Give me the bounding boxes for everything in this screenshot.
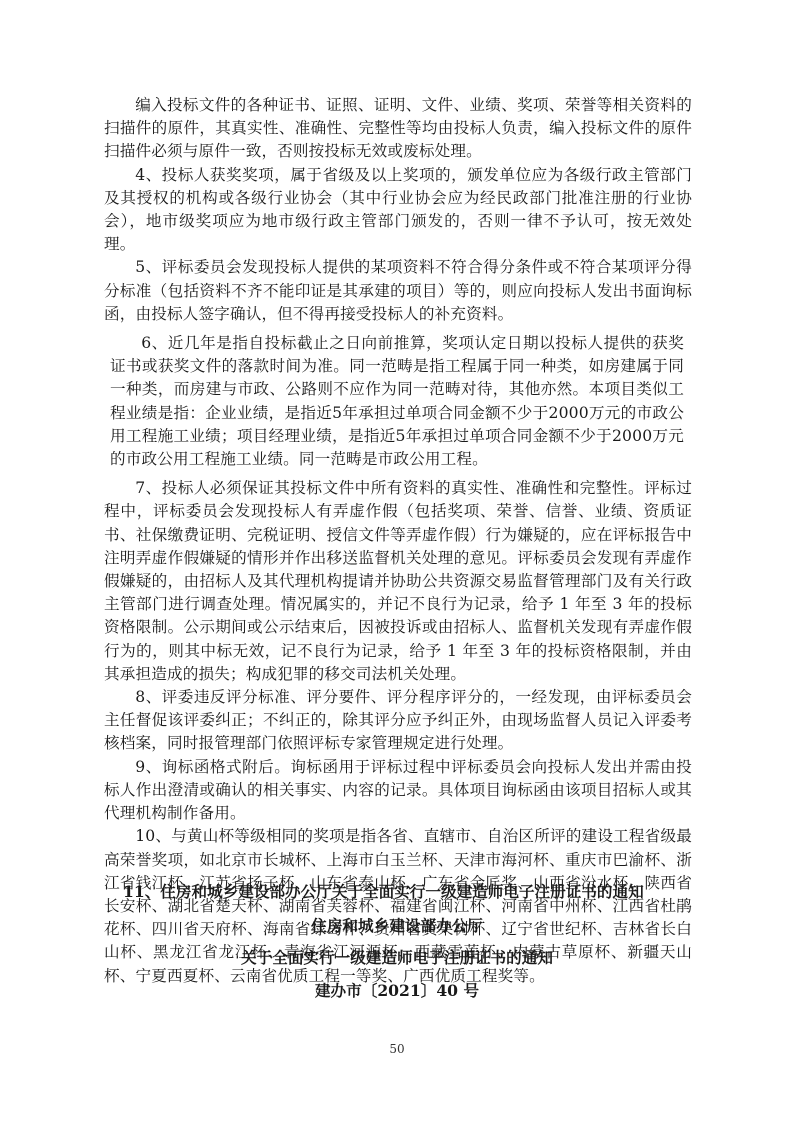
page-number: 50 — [0, 1042, 794, 1056]
notice-issuer: 住房和城乡建设部办公厅 — [0, 914, 794, 936]
paragraph-item-4-awards: 4、投标人获奖奖项，属于省级及以上奖项的，颁发单位应为各级行政主管部门及其授权的… — [104, 164, 692, 257]
notice-title: 关于全面实行一级建造师电子注册证书的通知 — [0, 946, 794, 968]
paragraph-item-8-evaluator-violations: 8、评委违反评分标准、评分要件、评分程序评分的，一经发现，由评标委员会主任督促该… — [104, 686, 692, 756]
paragraph-item-7-authenticity: 7、投标人必须保证其投标文件中所有资料的真实性、准确性和完整性。评标过程中，评标… — [104, 477, 692, 686]
paragraph-item-9-inquiry-letter: 9、询标函格式附后。询标函用于评标过程中评标委员会向投标人发出并需由投标人作出澄… — [104, 756, 692, 826]
section-heading: 11、住房和城乡建设部办公厅关于全面实行一级建造师电子注册证书的通知 — [123, 880, 644, 902]
paragraph-item-6-recent-years: 6、近几年是指自投标截止之日向前推算，奖项认定日期以投标人提供的获奖证书或获奖文… — [104, 332, 692, 471]
notice-doc-number: 建办市〔2021〕40 号 — [0, 979, 794, 1001]
paragraph-item-5-inquiry: 5、评标委员会发现投标人提供的某项资料不符合得分条件或不符合某项评分得分标准（包… — [104, 256, 692, 326]
body-text: 编入投标文件的各种证书、证照、证明、文件、业绩、奖项、荣誉等相关资料的扫描件的原… — [104, 94, 692, 988]
paragraph-certificates-scans: 编入投标文件的各种证书、证照、证明、文件、业绩、奖项、荣誉等相关资料的扫描件的原… — [104, 94, 692, 164]
document-page: 编入投标文件的各种证书、证照、证明、文件、业绩、奖项、荣誉等相关资料的扫描件的原… — [0, 0, 794, 1122]
